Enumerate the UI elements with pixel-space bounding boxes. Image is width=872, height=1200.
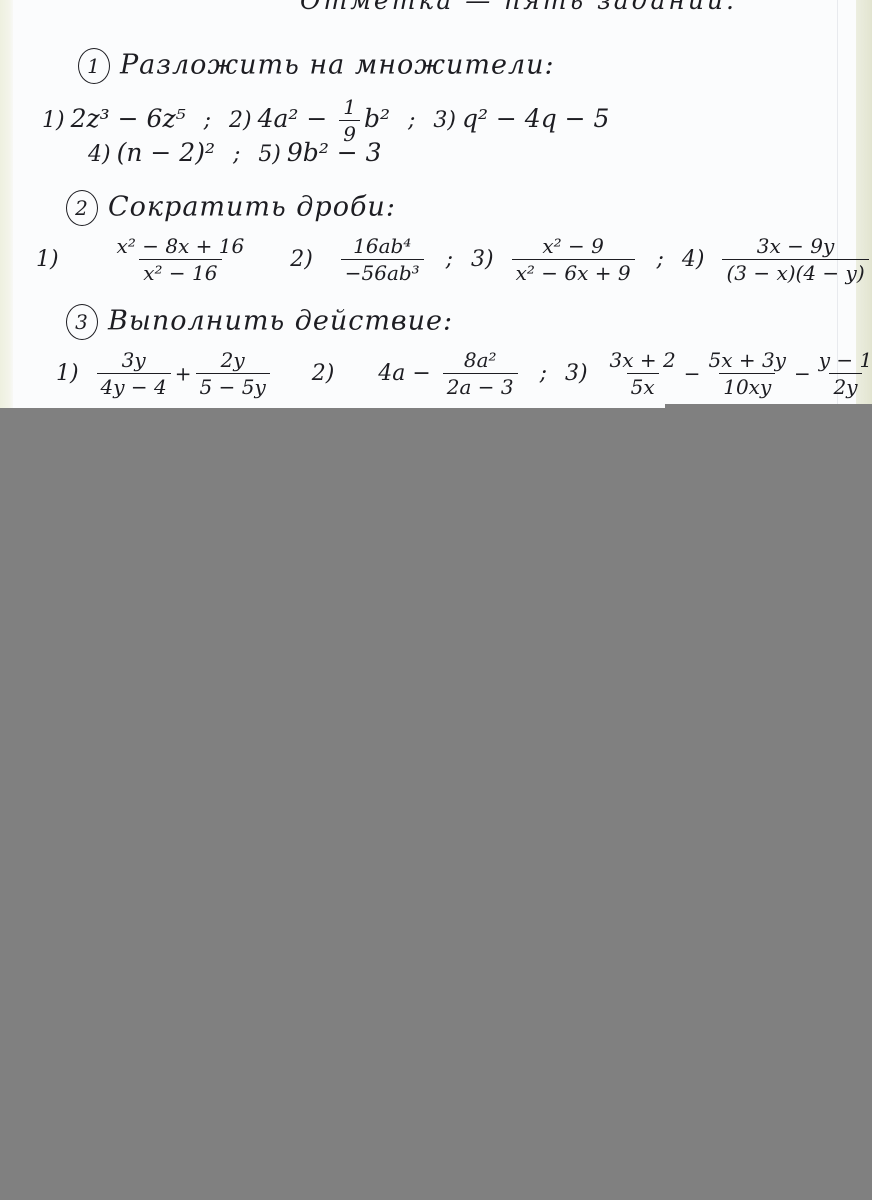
- item-label: 3): [565, 361, 588, 386]
- section-1-row-1: 1)2z³ − 6z⁵ ; 2)4a² − 19b² ; 3)q² − 4q −…: [42, 97, 609, 144]
- item-label: 3): [433, 108, 456, 133]
- fraction-numerator: 8a²: [460, 350, 501, 373]
- separator: ;: [540, 361, 547, 386]
- item-label: 2): [312, 361, 335, 386]
- fraction-denominator: 10xy: [719, 373, 775, 397]
- fraction-numerator: 1: [339, 97, 360, 120]
- section-1-heading: 1Разложить на множители:: [78, 48, 555, 84]
- section-2-heading: 2Сократить дроби:: [66, 190, 396, 226]
- item-label: 3): [471, 247, 494, 272]
- fraction-denominator: 5 − 5y: [196, 373, 270, 397]
- factor-item-2: 4a² − 19b²: [258, 104, 390, 133]
- section-1-title: Разложить на множители:: [120, 50, 555, 81]
- fraction-denominator: −56ab³: [341, 259, 424, 283]
- reduce-fraction-1: x² − 8x + 16x² − 16: [113, 236, 249, 283]
- separator: ;: [408, 108, 415, 133]
- paper-fold-line: [837, 0, 838, 408]
- operation-1-fraction-a: 3y4y − 4: [97, 350, 171, 397]
- fraction-denominator: 2a − 3: [443, 373, 518, 397]
- operation-3-fraction-b: 5x + 3y10xy: [704, 350, 790, 397]
- operator: +: [175, 362, 192, 386]
- section-1-number: 1: [78, 48, 110, 84]
- section-3-heading: 3Выполнить действие:: [66, 304, 453, 340]
- operation-1-fraction-b: 2y5 − 5y: [196, 350, 270, 397]
- operator: −: [684, 362, 701, 386]
- fraction-numerator: 16ab⁴: [349, 236, 415, 259]
- fraction-numerator: x² − 9: [538, 236, 608, 259]
- reduce-fraction-2: 16ab⁴−56ab³: [341, 236, 424, 283]
- separator: ;: [233, 142, 240, 167]
- fraction-denominator: x² − 6x + 9: [512, 259, 635, 283]
- operation-3-fraction-a: 3x + 25x: [606, 350, 680, 397]
- section-3-title: Выполнить действие:: [108, 306, 453, 337]
- separator: ;: [204, 108, 211, 133]
- section-2-title: Сократить дроби:: [108, 192, 396, 223]
- fraction-numerator: x² − 8x + 16: [113, 236, 249, 259]
- fraction: 19: [339, 97, 360, 144]
- paper-right-edge: [856, 0, 872, 408]
- item-label: 5): [258, 142, 281, 167]
- separator: ;: [657, 247, 664, 272]
- reduce-fraction-3: x² − 9x² − 6x + 9: [512, 236, 635, 283]
- item-label: 1): [56, 361, 79, 386]
- fraction-denominator: x² − 16: [139, 259, 221, 283]
- section-1-row-2: 4)(n − 2)² ; 5)9b² − 3: [88, 140, 382, 166]
- paper-left-edge: [0, 0, 13, 408]
- factor-item-3: q² − 4q − 5: [462, 104, 610, 133]
- scanned-worksheet: Отметка — пять заданий. 1Разложить на мн…: [0, 0, 872, 408]
- fraction-denominator: 4y − 4: [97, 373, 171, 397]
- item-label: 4): [88, 142, 111, 167]
- fraction-denominator: 2y: [829, 373, 861, 397]
- factor-item-1: 2z³ − 6z⁵: [71, 104, 186, 133]
- fraction-numerator: 3x + 2: [606, 350, 680, 373]
- top-line-text: Отметка — пять заданий.: [300, 0, 737, 13]
- section-3-number: 3: [66, 304, 98, 340]
- fraction-numerator: 3x − 9y: [753, 236, 839, 259]
- factor-item-5: 9b² − 3: [287, 138, 382, 167]
- item-label: 4): [682, 247, 705, 272]
- fraction-numerator: 3y: [118, 350, 150, 373]
- fraction-numerator: 2y: [217, 350, 249, 373]
- operation-2-fraction: 8a²2a − 3: [443, 350, 518, 397]
- item-label: 2): [229, 108, 252, 133]
- gray-mask-area: [0, 408, 872, 1200]
- expr-lead: 4a² −: [258, 104, 336, 133]
- item-label: 2): [290, 247, 313, 272]
- operator: −: [794, 362, 811, 386]
- fraction-numerator: 5x + 3y: [704, 350, 790, 373]
- fraction-denominator: 5x: [627, 373, 659, 397]
- expr-tail: b²: [364, 104, 390, 133]
- item-label: 1): [36, 247, 59, 272]
- reduce-fraction-4: 3x − 9y(3 − x)(4 − y): [722, 236, 868, 283]
- factor-item-4: (n − 2)²: [117, 138, 215, 167]
- fraction-denominator: (3 − x)(4 − y): [722, 259, 868, 283]
- item-label: 1): [42, 108, 65, 133]
- expr-lead: 4a −: [378, 361, 431, 386]
- separator: ;: [446, 247, 453, 272]
- section-2-row: 1) x² − 8x + 16x² − 16 2) 16ab⁴−56ab³ ; …: [36, 236, 872, 283]
- section-2-number: 2: [66, 190, 98, 226]
- section-3-row: 1) 3y4y − 4+2y5 − 5y 2) 4a − 8a²2a − 3 ;…: [56, 350, 872, 397]
- fraction-numerator: y − 1: [815, 350, 872, 373]
- operation-3-fraction-c: y − 12y: [815, 350, 872, 397]
